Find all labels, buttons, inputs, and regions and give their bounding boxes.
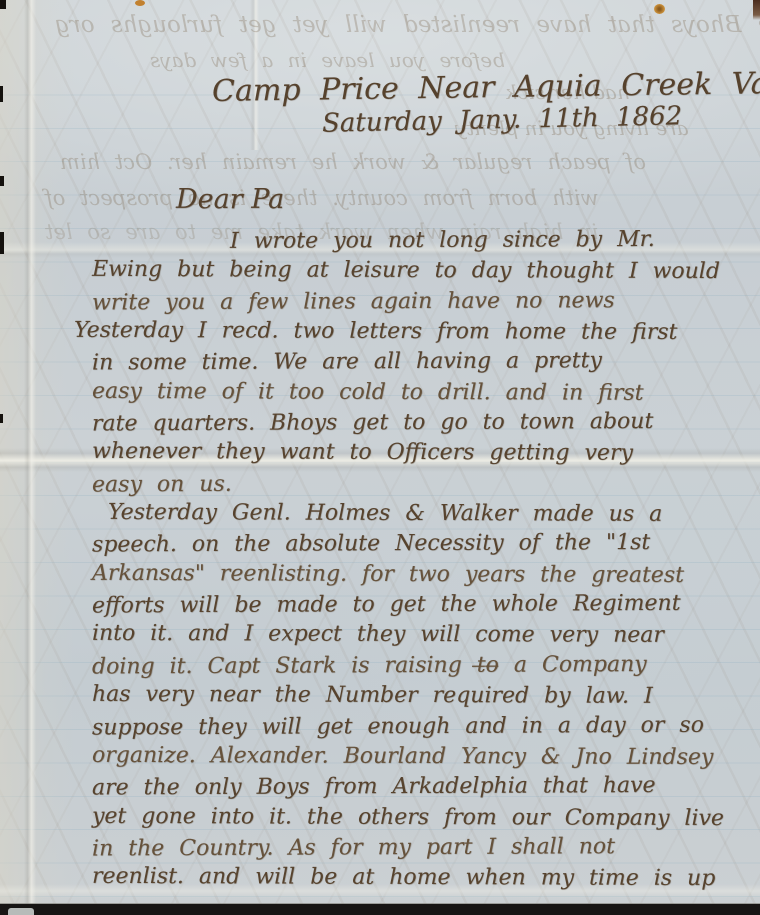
letter-line: Ewing but being at leisure to day though… — [92, 255, 754, 288]
letter-line: efforts will be made to get the whole Re… — [92, 589, 754, 622]
scanner-edge-mark — [0, 0, 6, 9]
letter-line: into it. and I expect they will come ver… — [92, 619, 754, 652]
letter-line: in some time. We are all having a pretty — [92, 346, 754, 379]
scanner-edge-mark — [0, 414, 3, 423]
letter-line: easy time of it too cold to drill. and i… — [92, 377, 754, 410]
letter-line: whenever they want to Officers getting v… — [92, 437, 754, 470]
letter-line: suppose they will get enough and in a da… — [92, 710, 754, 743]
scan-corner-mark — [753, 0, 760, 20]
letter-body: I wrote you not long since by Mr. Ewing … — [92, 226, 754, 894]
letter-line: has very near the Number required by law… — [92, 680, 754, 713]
letter-line: reenlist. and will be at home when my ti… — [92, 862, 754, 895]
letter-line: rate quarters. Bhoys get to go to town a… — [92, 407, 754, 440]
bottom-scan-bar — [0, 904, 760, 915]
rust-stain — [654, 4, 665, 14]
bottom-scan-notch — [8, 908, 34, 915]
letter-line: Yesterday Genl. Holmes & Walker made us … — [92, 498, 754, 531]
letter-scan-page: the Bhoys that have reenlisted will yet … — [0, 0, 760, 915]
ghost-bleedthrough-line: of peach regular & work he remain her. O… — [60, 150, 646, 174]
letter-line: I wrote you not long since by Mr. — [92, 225, 754, 258]
left-fold-tint — [0, 0, 74, 915]
letter-line: yet gone into it. the others from our Co… — [92, 801, 754, 834]
salutation: Dear Pa — [176, 184, 284, 215]
letter-line: Yesterday I recd. two letters from home … — [74, 316, 754, 349]
letter-line: Arkansas" reenlisting. for two years the… — [92, 559, 754, 592]
ghost-bleedthrough-line: the Bhoys that have reenlisted will yet … — [55, 12, 760, 38]
letter-line: organize. Alexander. Bourland Yancy & Jn… — [92, 741, 754, 774]
scanner-edge-mark — [0, 86, 3, 102]
scanner-edge-mark — [0, 232, 4, 254]
letter-line: speech. on the absolute Necessity of the… — [92, 528, 754, 561]
scanner-edge-mark — [0, 176, 4, 186]
letter-line: easy on us. — [92, 467, 754, 500]
letter-line: write you a few lines again have no news — [92, 285, 754, 318]
rust-stain — [135, 0, 145, 6]
letter-line: are the only Boys from Arkadelphia that … — [92, 771, 754, 804]
ghost-bleedthrough-line: before you leave in a few days — [150, 48, 505, 72]
ghost-bleedthrough-line: with born from county. there is no prosp… — [45, 186, 599, 210]
letter-line: in the Country. As for my part I shall n… — [92, 831, 754, 864]
letter-line: doing it. Capt Stark is raising t̶o̶ a C… — [92, 649, 754, 682]
